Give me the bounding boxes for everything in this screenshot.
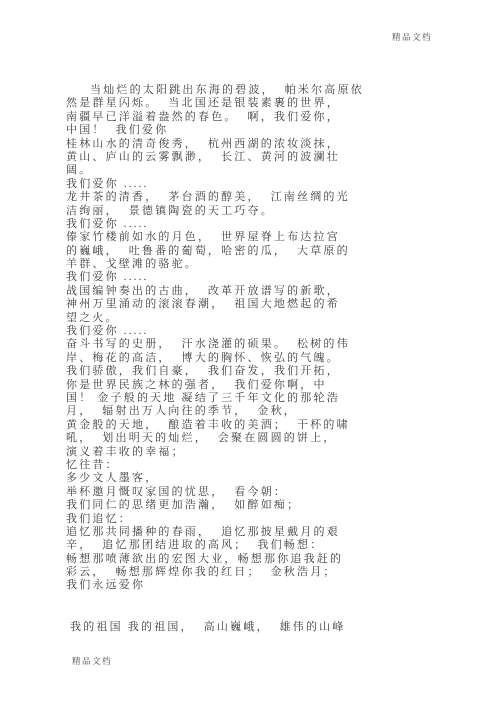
text-line: 然是群星闪烁。 当北国还是银装素裹的世界， [66,97,411,110]
text-line: 我们骄傲，我们自豪， 我们奋发，我们开拓， [66,365,411,378]
text-line: 追忆那共同播种的春雨， 追忆那披星戴月的艰 [66,526,411,539]
text-line: 我们同仁的思绪更加浩瀚， 如醉如痴； [66,499,411,512]
document-page: 精品文档 当灿烂的太阳跳出东海的碧波， 帕米尔高原依然是群星闪烁。 当北国还是银… [0,0,500,706]
text-line: 我们爱你 ..... [66,325,411,338]
text-line: 我们爱你 ..... [66,218,411,231]
text-line: 辛， 追忆那团结进取的高风； 我们畅想： [66,539,411,552]
footer-watermark: 精品文档 [72,655,112,667]
text-line: 演义着丰收的幸福； [66,446,411,459]
closing-line: 我的祖国 我的祖国， 高山巍峨， 雄伟的山峰 [70,618,346,634]
text-line: 吼， 划出明天的灿烂， 会聚在圆圆的饼上， [66,432,411,445]
text-line: 中国！ 我们爱你 [66,124,411,137]
text-line: 羊群、戈壁滩的骆驼。 [66,258,411,271]
text-line: 你是世界民族之林的强者， 我们爱你啊，中 [66,379,411,392]
text-line: 黄山、庐山的云雾飘渺， 长江、黄河的波澜壮 [66,151,411,164]
text-line: 神州万里涌动的滚滚春潮， 祖国大地燃起的希 [66,298,411,311]
text-line: 的巍峨， 吐鲁番的葡萄，哈密的瓜， 大草原的 [66,245,411,258]
text-line: 忆往昔： [66,459,411,472]
text-line: 我们爱你 ..... [66,178,411,191]
text-line: 南疆早已洋溢着盎然的春色。 啊，我们爱你， [66,111,411,124]
text-line: 桂林山水的清奇俊秀， 杭州西湖的浓妆淡抹， [66,138,411,151]
text-line: 举杯邀月慨叹家国的忧思， 看今朝： [66,486,411,499]
text-line: 阔。 [66,164,411,177]
text-line: 彩云， 畅想那辉煌你我的红日； 金秋浩月； [66,566,411,579]
text-line: 傣家竹楼前如水的月色， 世界屋脊上布达拉宫 [66,231,411,244]
text-line: 我们永远爱你 [66,579,411,592]
text-line: 我们追忆： [66,513,411,526]
document-body: 当灿烂的太阳跳出东海的碧波， 帕米尔高原依然是群星闪烁。 当北国还是银装素裹的世… [66,84,411,593]
text-line: 我们爱你 ..... [66,271,411,284]
text-line: 奋斗书写的史册， 汗水浇灌的硕果。 松树的伟 [66,338,411,351]
text-line: 战国编钟奏出的古曲， 改革开放谱写的新歌， [66,285,411,298]
text-line: 龙井茶的清香， 茅台酒的醇美， 江南丝绸的光 [66,191,411,204]
header-watermark: 精品文档 [392,31,432,43]
text-line: 月， 辐射出万人向往的季节， 金秋， [66,405,411,418]
text-line: 黄金般的天地， 酿造着丰收的美酒； 干杯的啸 [66,419,411,432]
text-line: 望之火。 [66,312,411,325]
text-line: 当灿烂的太阳跳出东海的碧波， 帕米尔高原依 [66,84,411,97]
text-line: 洁绚丽， 景德镇陶瓷的天工巧夺。 [66,205,411,218]
text-line: 畅想那喷薄欲出的宏图大业，畅想那你追我赶的 [66,553,411,566]
text-line: 岸、梅花的高洁， 博大的胸怀、恢弘的气魄。 [66,352,411,365]
text-line: 国！ 金子般的天地 凝结了三千年文化的那轮浩 [66,392,411,405]
text-line: 多少文人墨客， [66,472,411,485]
